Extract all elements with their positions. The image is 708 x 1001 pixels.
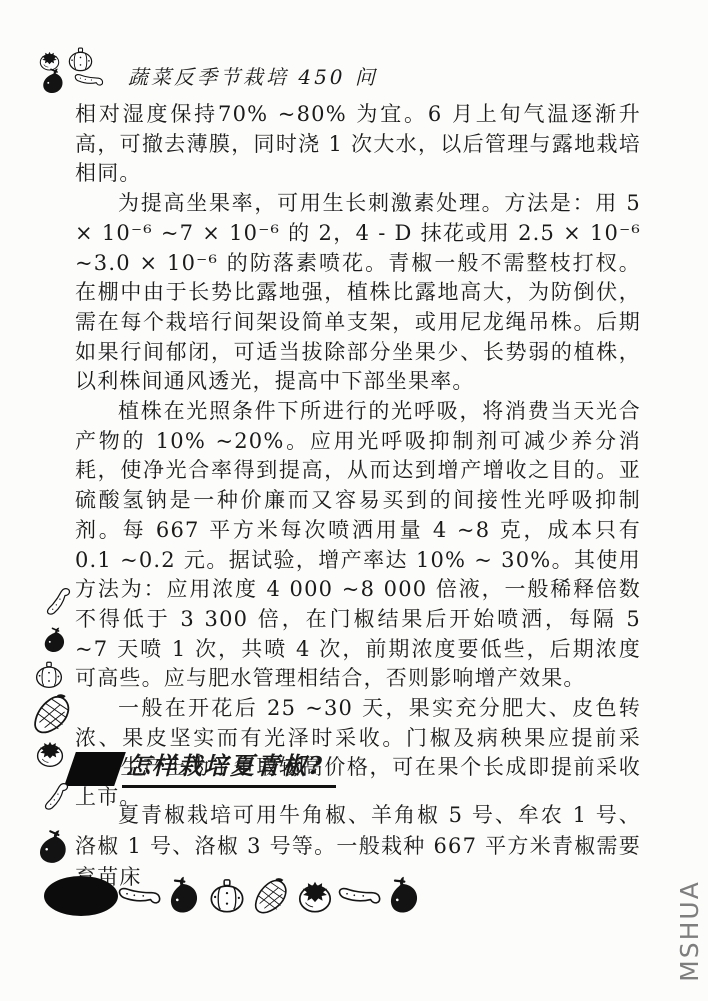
eggplant-icon: [41, 624, 68, 657]
section-heading-text: 怎样栽培夏青椒?: [122, 746, 336, 788]
page-header: 蔬菜反季节栽培 450 问: [36, 48, 378, 96]
pumpkin-icon: [25, 660, 73, 690]
text-content: 相对湿度保持70% ~80% 为宜。6 月上旬气温逐渐升高，可撤去薄膜，同时浇 …: [75, 100, 641, 813]
paragraph: 相对湿度保持70% ~80% 为宜。6 月上旬气温逐渐升高，可撤去薄膜，同时浇 …: [75, 100, 641, 189]
watermark: MSHUA: [676, 879, 704, 983]
margin-decorations: [22, 583, 80, 870]
cucumber-icon: [340, 877, 378, 915]
paragraph: 植株在光照条件下所进行的光呼吸，将消费当天光合产物的 10% ~20%。应用光呼…: [75, 397, 641, 694]
eggplant-icon: [164, 877, 202, 915]
pumpkin-icon: [208, 877, 246, 915]
bitter-gourd-icon: [30, 693, 74, 735]
cucumber-icon: [44, 583, 73, 621]
cucumber-icon: [120, 877, 158, 915]
cucumber-icon: [42, 772, 71, 822]
eggplant-icon: [384, 877, 422, 915]
paragraph: 为提高坐果率，可用生长刺激素处理。方法是：用 5 × 10⁻⁶ ~7 × 10⁻…: [75, 189, 641, 397]
bitter-gourd-icon: [252, 877, 290, 915]
tomato-icon: [296, 877, 334, 915]
book-page: 蔬菜反季节栽培 450 问 相对湿度保持70% ~80% 为宜。6 月上旬气温逐…: [0, 0, 708, 1001]
eggplant-icon: [39, 68, 67, 95]
book-title: 蔬菜反季节栽培 450 问: [128, 55, 378, 90]
section-heading: 怎样栽培夏青椒?: [70, 746, 336, 788]
eggplant-icon: [35, 825, 71, 870]
footer-decorations: [120, 874, 422, 918]
chapter-logo: [36, 48, 112, 96]
tomato-icon: [29, 738, 71, 769]
ellipse-decoration: [44, 876, 118, 916]
